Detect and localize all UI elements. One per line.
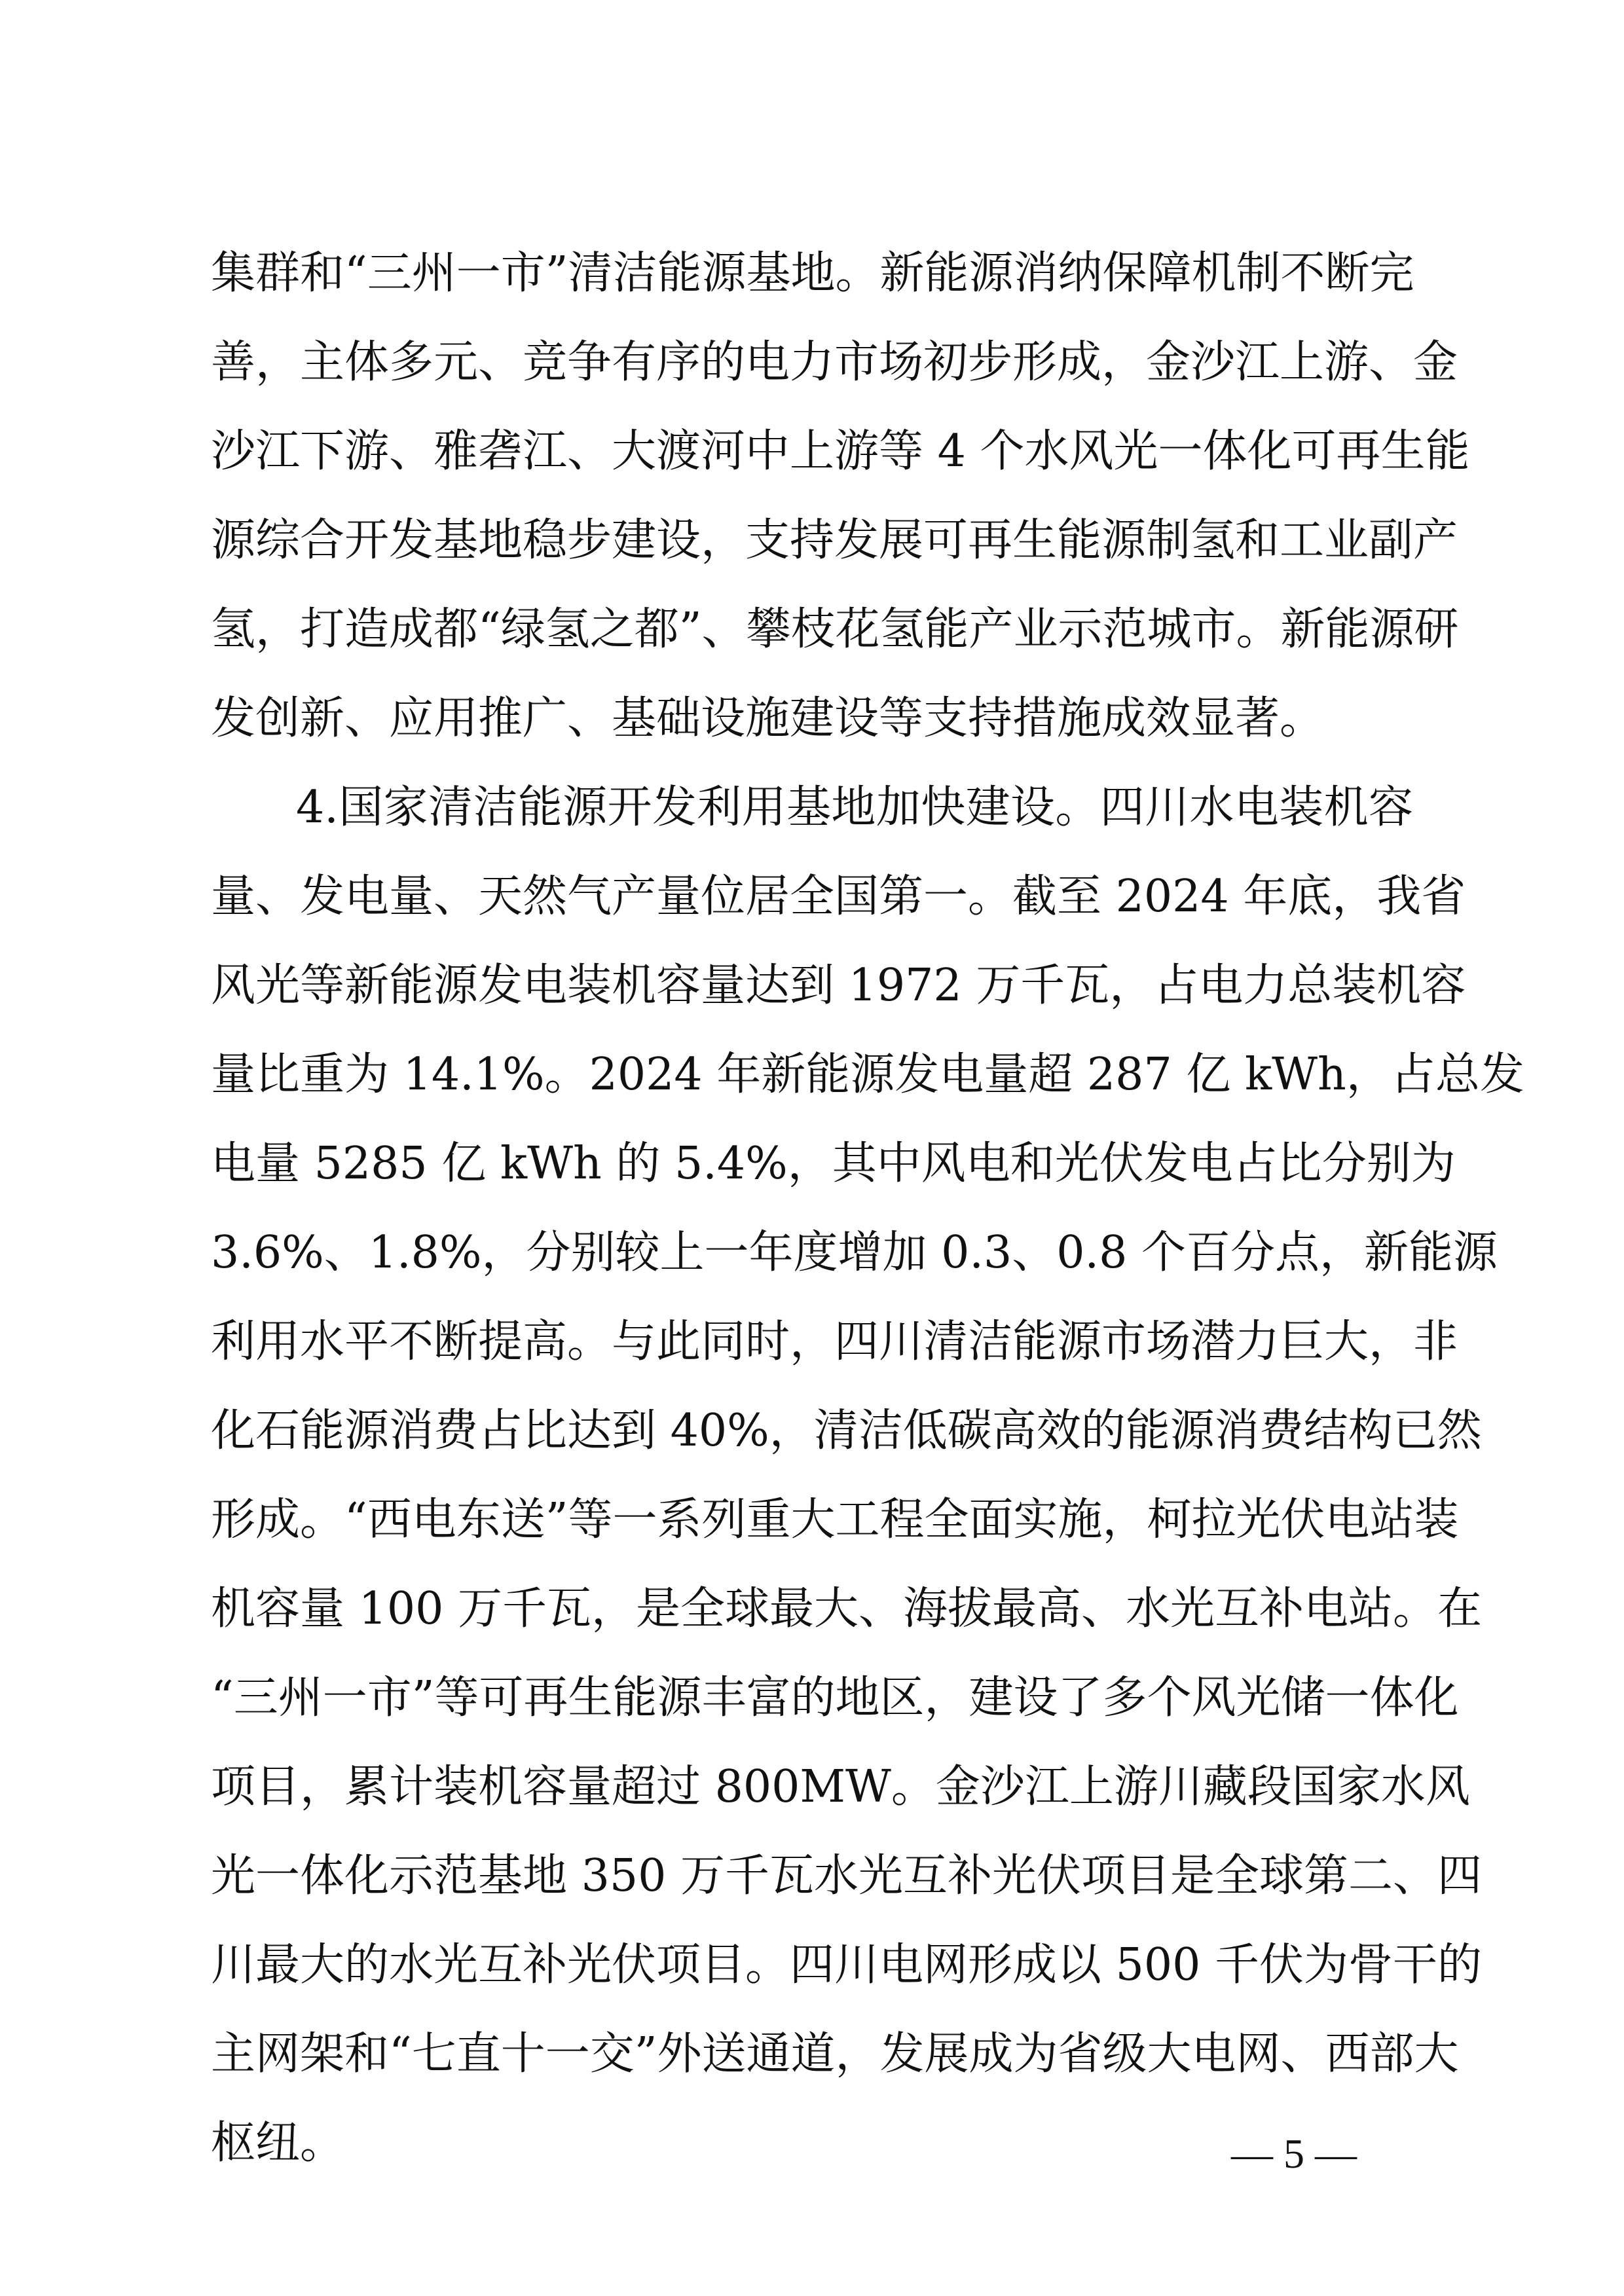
paragraph-2-line-7: 利用水平不断提高。与此同时，四川清洁能源市场潜力巨大，非: [211, 1309, 1413, 1375]
paragraph-2-line-5: 电量 5285 亿 kWh 的 5.4%，其中风电和光伏发电占比分别为: [211, 1131, 1413, 1197]
paragraph-2-line-10: 机容量 100 万千瓦，是全球最大、海拔最高、水光互补电站。在: [211, 1576, 1413, 1642]
paragraph-2-line-12: 项目，累计装机容量超过 800MW。金沙江上游川藏段国家水风: [211, 1755, 1413, 1820]
paragraph-2-line-4: 量比重为 14.1%。2024 年新能源发电量超 287 亿 kWh，占总发: [211, 1042, 1413, 1108]
paragraph-1-line-6: 发创新、应用推广、基础设施建设等支持措施成效显著。: [211, 686, 1413, 752]
paragraph-2-line-2: 量、发电量、天然气产量位居全国第一。截至 2024 年底，我省: [211, 864, 1413, 930]
paragraph-1-line-5: 氢，打造成都“绿氢之都”、攀枝花氢能产业示范城市。新能源研: [211, 597, 1413, 663]
paragraph-2-line-14: 川最大的水光互补光伏项目。四川电网形成以 500 千伏为骨干的: [211, 1933, 1413, 1998]
paragraph-2-line-11: “三州一市”等可再生能源丰富的地区，建设了多个风光储一体化: [211, 1666, 1413, 1731]
paragraph-2-line-1: 4.国家清洁能源开发利用基地加快建设。四川水电装机容: [296, 775, 1413, 841]
paragraph-2-line-6: 3.6%、1.8%，分别较上一年度增加 0.3、0.8 个百分点，新能源: [211, 1220, 1413, 1286]
paragraph-2-line-13: 光一体化示范基地 350 万千瓦水光互补光伏项目是全球第二、四: [211, 1844, 1413, 1909]
paragraph-1-line-3: 沙江下游、雅砻江、大渡河中上游等 4 个水风光一体化可再生能: [211, 419, 1413, 484]
paragraph-2-line-15: 主网架和“七直十一交”外送通道，发展成为省级大电网、西部大: [211, 2022, 1413, 2087]
document-page: 集群和“三州一市”清洁能源基地。新能源消纳保障机制不断完 善，主体多元、竞争有序…: [0, 0, 1624, 2296]
paragraph-2-line-8: 化石能源消费占比达到 40%，清洁低碳高效的能源消费结构已然: [211, 1398, 1413, 1464]
paragraph-2-line-9: 形成。“西电东送”等一系列重大工程全面实施，柯拉光伏电站装: [211, 1487, 1413, 1553]
paragraph-1-line-1: 集群和“三州一市”清洁能源基地。新能源消纳保障机制不断完: [211, 241, 1413, 306]
paragraph-1-line-4: 源综合开发基地稳步建设，支持发展可再生能源制氢和工业副产: [211, 508, 1413, 574]
page-number: — 5 —: [1231, 2128, 1357, 2180]
paragraph-2-line-3: 风光等新能源发电装机容量达到 1972 万千瓦，占电力总装机容: [211, 953, 1413, 1019]
paragraph-1-line-2: 善，主体多元、竞争有序的电力市场初步形成，金沙江上游、金: [211, 330, 1413, 395]
